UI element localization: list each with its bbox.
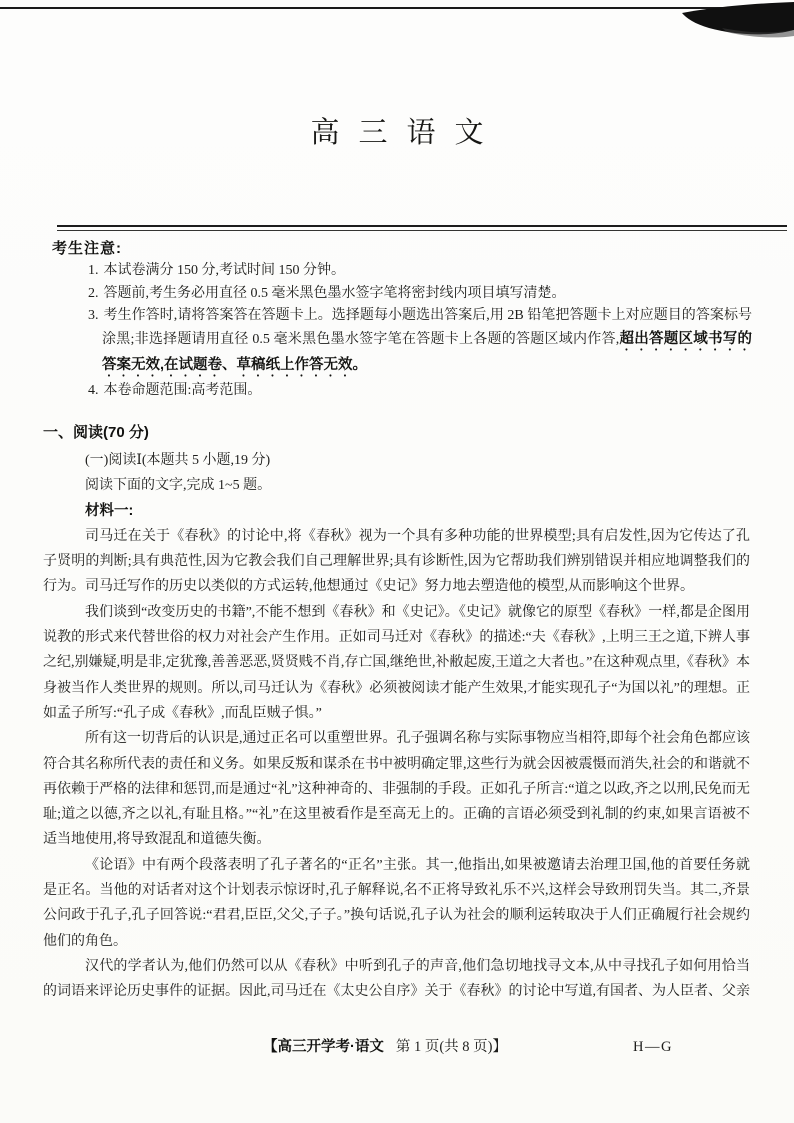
scan-artifact-corner-icon — [682, 0, 794, 48]
material-paragraph-4: 《论语》中有两个段落表明了孔子著名的“正名”主张。其一,他指出,如果被邀请去治理… — [43, 853, 750, 954]
footer-booklet-info: 【高三开学考·语文第 1 页(共 8 页)】 — [263, 1036, 507, 1058]
notice-item-4: 4.本卷命题范围:高考范围。 — [88, 380, 752, 403]
page-footer: 【高三开学考·语文第 1 页(共 8 页)】 H—G — [0, 1036, 794, 1058]
reading-instruction: 阅读下面的文字,完成 1~5 题。 — [43, 473, 750, 498]
notice-item-text: 本卷命题范围:高考范围。 — [104, 383, 262, 398]
page-title: 高三语文 — [0, 110, 794, 151]
notice-item-text: 本试卷满分 150 分,考试时间 150 分钟。 — [104, 263, 346, 278]
notice-heading: 考生注意: — [52, 237, 752, 260]
footer-page-number: 第 1 页(共 8 页)】 — [396, 1039, 507, 1055]
material-paragraph-2: 我们谈到“改变历史的书籍”,不能不想到《春秋》和《史记》。《史记》就像它的原型《… — [43, 600, 750, 726]
notice-item-text: 答题前,考生务必用直径 0.5 毫米黑色墨水签字笔将密封线内项目填写清楚。 — [104, 286, 566, 301]
candidate-notice-section: 考生注意: 1.本试卷满分 150 分,考试时间 150 分钟。 2.答题前,考… — [52, 237, 752, 402]
reading-section: 一、阅读(70 分) (一)阅读Ⅰ(本题共 5 小题,19 分) 阅读下面的文字… — [43, 419, 750, 1005]
notice-item-number: 4. — [88, 383, 99, 398]
footer-booklet-title: 【高三开学考·语文 — [263, 1039, 384, 1055]
scan-edge-line — [0, 7, 794, 9]
subsection-heading: (一)阅读Ⅰ(本题共 5 小题,19 分) — [43, 448, 750, 473]
material-paragraph-1: 司马迁在关于《春秋》的讨论中,将《春秋》视为一个具有多种功能的世界模型;具有启发… — [43, 524, 750, 600]
notice-item-3: 3.考生作答时,请将答案答在答题卡上。选择题每小题选出答案后,用 2B 铅笔把答… — [88, 305, 752, 380]
notice-item-1: 1.本试卷满分 150 分,考试时间 150 分钟。 — [88, 260, 752, 283]
material-label: 材料一: — [43, 499, 750, 524]
exam-paper-page: 高三语文 考生注意: 1.本试卷满分 150 分,考试时间 150 分钟。 2.… — [0, 0, 794, 1123]
notice-item-number: 1. — [88, 263, 99, 278]
material-paragraph-3: 所有这一切背后的认识是,通过正名可以重塑世界。孔子强调名称与实际事物应当相符,即… — [43, 726, 750, 852]
section-heading: 一、阅读(70 分) — [43, 419, 750, 446]
notice-item-number: 3. — [88, 308, 99, 323]
footer-paper-code: H—G — [633, 1036, 673, 1058]
material-paragraph-5: 汉代的学者认为,他们仍然可以从《春秋》中听到孔子的声音,他们急切地找寻文本,从中… — [43, 954, 750, 1005]
divider-double-rule — [57, 225, 787, 231]
notice-item-2: 2.答题前,考生务必用直径 0.5 毫米黑色墨水签字笔将密封线内项目填写清楚。 — [88, 283, 752, 306]
notice-item-number: 2. — [88, 286, 99, 301]
